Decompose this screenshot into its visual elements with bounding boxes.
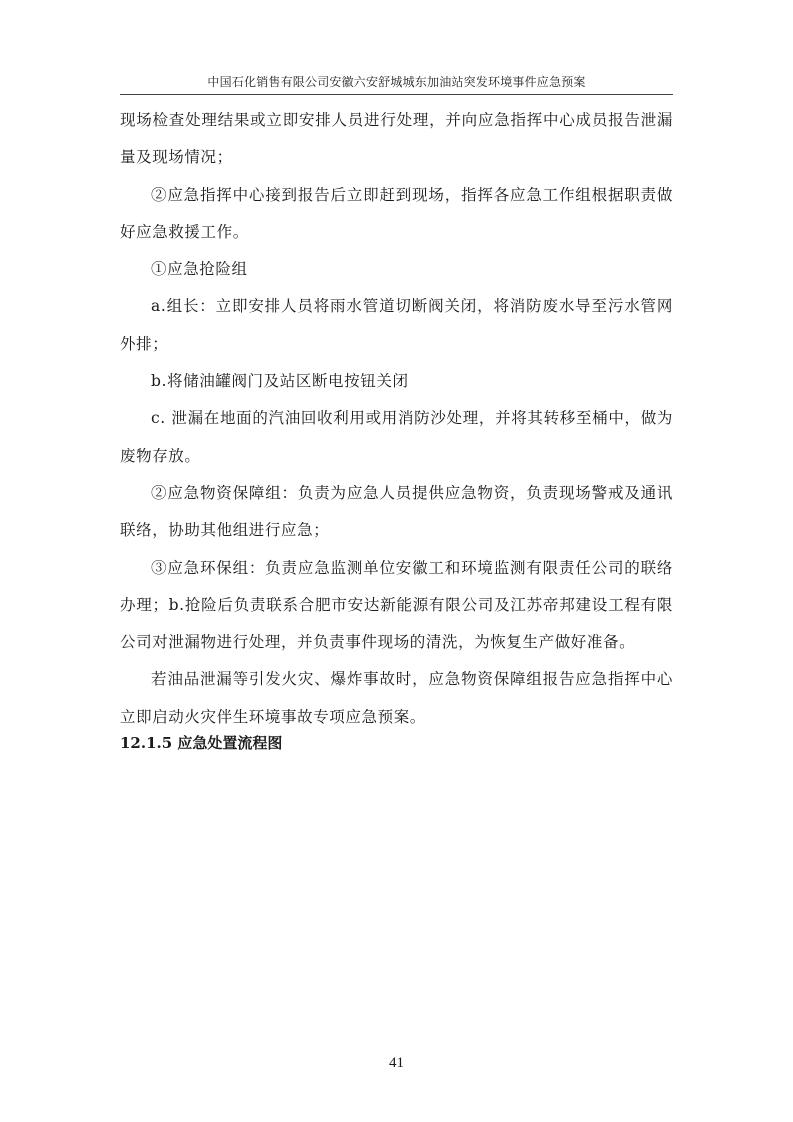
paragraph-step-c: c. 泄漏在地面的汽油回收利用或用消防沙处理，并将其转移至桶中，做为废物存放。 xyxy=(120,400,673,475)
paragraph-step-a: a.组长：立即安排人员将雨水管道切断阀关闭，将消防废水导至污水管网外排； xyxy=(120,288,673,363)
document-body: 现场检查处理结果或立即安排人员进行处理，并向应急指挥中心成员报告泄漏量及现场情况… xyxy=(120,102,673,754)
paragraph-step-b: b.将储油罐阀门及站区断电按钮关闭 xyxy=(120,363,673,400)
paragraph-command-center: ②应急指挥中心接到报告后立即赶到现场，指挥各应急工作组根据职责做好应急救援工作。 xyxy=(120,177,673,252)
paragraph-report-leak: 现场检查处理结果或立即安排人员进行处理，并向应急指挥中心成员报告泄漏量及现场情况… xyxy=(120,102,673,177)
header-divider xyxy=(120,94,673,95)
running-header: 中国石化销售有限公司安徽六安舒城城东加油站突发环境事件应急预案 xyxy=(120,74,673,90)
page-number: 41 xyxy=(0,1055,793,1072)
paragraph-fire-contingency: 若油品泄漏等引发火灾、爆炸事故时，应急物资保障组报告应急指挥中心立即启动火灾伴生… xyxy=(120,661,673,736)
paragraph-rescue-team-title: ①应急抢险组 xyxy=(120,251,673,288)
paragraph-environment-team: ③应急环保组：负责应急监测单位安徽工和环境监测有限责任公司的联络办理；b.抢险后… xyxy=(120,550,673,662)
paragraph-supply-team: ②应急物资保障组：负责为应急人员提供应急物资，负责现场警戒及通讯联络，协助其他组… xyxy=(120,475,673,550)
